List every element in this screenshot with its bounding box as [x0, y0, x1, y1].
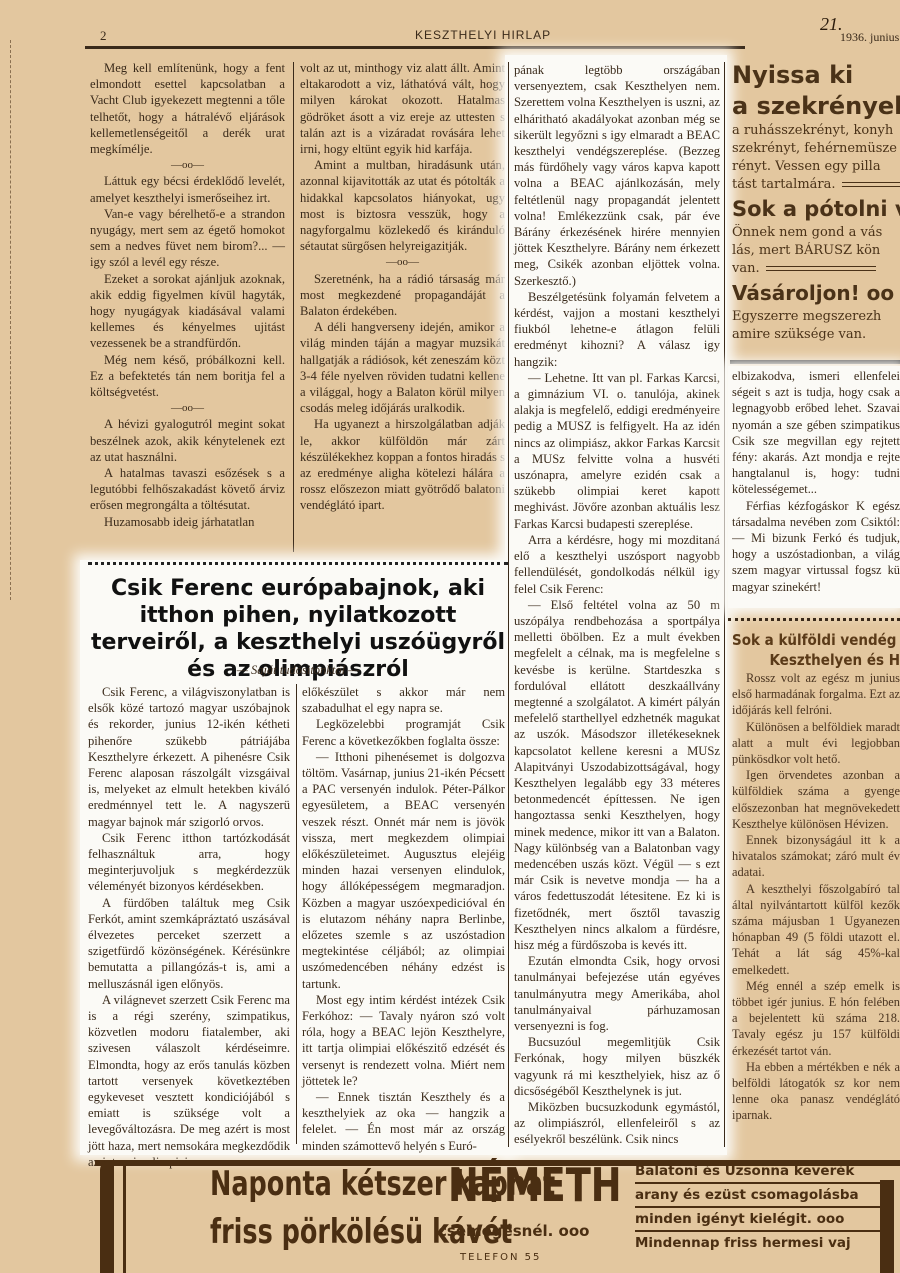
- side-article-title: Sok a külföldi vendég: [732, 630, 900, 650]
- ad-rule: [842, 182, 900, 187]
- side-article-body: Rossz volt az egész m junius első harmad…: [732, 670, 900, 1124]
- paragraph: Ha ebben a mértékben e nék a belföldi lá…: [732, 1059, 900, 1124]
- paragraph: A hévizi gyalogutról megint sokat beszél…: [90, 416, 285, 465]
- paragraph: Ha ugyanezt a hirszolgálatban adják le, …: [300, 416, 505, 513]
- ad-text-line: tást tartalmára.: [732, 177, 836, 192]
- paragraph: A világnevet szerzett Csik Ferenc ma is …: [88, 992, 290, 1170]
- ad-headline: Sok a pótolni v: [732, 194, 900, 224]
- column-rule: [724, 62, 725, 1147]
- paragraph: A fürdőben találtuk meg Csik Ferkót, ami…: [88, 895, 290, 992]
- ad-text: van.: [732, 260, 900, 278]
- paragraph: — Itthoni pihenésemet is dolgozva töltöm…: [302, 749, 505, 992]
- article-byline: — Saját tudósitónktól —: [88, 663, 508, 678]
- side-article-title: Keszthelyen és H: [732, 650, 900, 670]
- paragraph: A keszthelyi főszolgabíró tal által nyil…: [732, 881, 900, 978]
- newspaper-title: KESZTHELYI HIRLAP: [415, 28, 551, 42]
- paragraph: — Ennek tisztán Keszthely és a keszthely…: [302, 1089, 505, 1154]
- brand-name: NÉMETH: [448, 1158, 622, 1212]
- ad-text: lás, mert BÁRUSZ kön: [732, 242, 900, 260]
- paragraph: Még nem késő, próbálkozni kell. Ez a bef…: [90, 352, 285, 401]
- separator: —oo—: [90, 157, 285, 173]
- paragraph: — Lehetne. Itt van pl. Farkas Karcsi, a …: [514, 370, 720, 532]
- ad-text: tást tartalmára.: [732, 176, 900, 194]
- ad-bottom-rule: [730, 360, 900, 364]
- paragraph: Most egy intim kérdést intézek Csik Ferk…: [302, 992, 505, 1089]
- ad-headline: Nyissa ki: [732, 60, 900, 90]
- column-rule: [296, 684, 297, 1144]
- product-line: Balatoni és Uzsonna keverék: [635, 1160, 890, 1184]
- article-column-d: elbizakodva, ismeri ellenfelei ségeit s …: [732, 368, 900, 608]
- issue-date: 1936. junius: [840, 30, 899, 45]
- paragraph: Huzamosabb ideig járhatatlan: [90, 514, 285, 530]
- paragraph: Ezután elmondta Csik, hogy orvosi tanulm…: [514, 953, 720, 1034]
- paragraph: A hatalmas tavaszi esőzések s a legutóbb…: [90, 465, 285, 514]
- paragraph: volt az ut, minthogy viz alatt állt. Ami…: [300, 60, 505, 157]
- ad-text-line: van.: [732, 261, 760, 276]
- paragraph: Van-e vagy bérelhető-e a strandon nyugág…: [90, 206, 285, 271]
- ad-text: szekrényt, fehérnemüsze: [732, 140, 900, 158]
- brand-phone: TELEFON 55: [460, 1252, 541, 1263]
- product-list: Balatoni és Uzsonna keverék arany és ezü…: [635, 1160, 890, 1254]
- ad-text: amire szüksége van.: [732, 326, 900, 344]
- ad-headline: Vásároljon! oo: [732, 278, 900, 308]
- paragraph: Láttuk egy bécsi érdeklődő levelét, amel…: [90, 173, 285, 205]
- bottom-ad-left-bracket: [100, 1160, 114, 1273]
- ad-text: a ruhásszekrényt, konyh: [732, 122, 900, 140]
- page-header: 2 KESZTHELYI HIRLAP 1936. junius: [85, 28, 900, 50]
- paragraph: pának legtöbb országában versenyeztem, c…: [514, 62, 720, 289]
- separator: —oo—: [90, 400, 285, 416]
- product-line: Mindennap friss hermesi vaj: [635, 1232, 890, 1254]
- paragraph: Arra a kérdésre, hogy mi mozditaná elő a…: [514, 532, 720, 597]
- paragraph: Miközben bucsuzkodunk egymástól, az olim…: [514, 1099, 720, 1148]
- cupboard-advertisement: Nyissa ki a szekrények a ruhásszekrényt,…: [732, 60, 900, 344]
- paragraph: Meg kell említenünk, hogy a fent elmondo…: [90, 60, 285, 157]
- article-column-a: Csik Ferenc, a világviszonylatban is els…: [88, 684, 290, 1170]
- paragraph: A déli hangverseny idején, amikor a vilá…: [300, 319, 505, 416]
- paragraph: elbizakodva, ismeri ellenfelei ségeit s …: [732, 368, 900, 498]
- product-line: arany és ezüst csomagolásba: [635, 1184, 890, 1208]
- paragraph: Rossz volt az egész m junius első harmad…: [732, 670, 900, 719]
- paragraph: Különösen a belföldiek maradt alatt a mu…: [732, 719, 900, 768]
- page-number: 2: [100, 28, 107, 44]
- ad-text: Egyszerre megszerezh: [732, 308, 900, 326]
- paragraph: Ennek bizonyságául itt k a hivatalos szá…: [732, 832, 900, 881]
- paragraph: Ezeket a sorokat ajánljuk azoknak, akik …: [90, 271, 285, 352]
- column-1: Meg kell említenünk, hogy a fent elmondo…: [90, 60, 285, 530]
- paragraph: Csik Ferenc itthon tartózkodását felhasz…: [88, 830, 290, 895]
- brand-subtitle: csemegésnél. ooo: [438, 1222, 589, 1240]
- paragraph: Csik Ferenc, a világviszonylatban is els…: [88, 684, 290, 830]
- ad-headline: a szekrények: [732, 90, 900, 122]
- ad-text: rényt. Vessen egy pilla: [732, 158, 900, 176]
- margin-marks: [10, 40, 17, 600]
- ad-text: Önnek nem gond a vás: [732, 224, 900, 242]
- paragraph: Még ennél a szép emelk is többet igér ju…: [732, 978, 900, 1059]
- ad-rule: [766, 266, 876, 271]
- paragraph: Beszélgetésünk folyamán felvetem a kérdé…: [514, 289, 720, 370]
- paragraph: előkészület s akkor már nem szabadulhat …: [302, 684, 505, 716]
- paragraph: Igen örvendetes azonban a külföldiek szá…: [732, 767, 900, 832]
- column-rule: [293, 62, 294, 552]
- side-article-title-line: Keszthelyen és H: [769, 651, 900, 669]
- side-article-rule: [728, 618, 900, 629]
- column-2: volt az ut, minthogy viz alatt állt. Ami…: [300, 60, 505, 514]
- paragraph: — Első feltétel volna az 50 m uszópálya …: [514, 597, 720, 953]
- coffee-advertisement: Naponta kétszer kaphat friss pörkölésü k…: [170, 1160, 900, 1273]
- column-rule: [508, 62, 509, 1147]
- paragraph: Férfias kézfogáskor K egész társadalma n…: [732, 498, 900, 595]
- handwritten-note: 21.: [820, 14, 843, 35]
- header-rule: [85, 46, 745, 49]
- article-column-b: előkészület s akkor már nem szabadulhat …: [302, 684, 505, 1154]
- side-article: Sok a külföldi vendég Keszthelyen és H R…: [732, 630, 900, 1124]
- paragraph: Legközelebbi programját Csik Ferenc a kö…: [302, 716, 505, 748]
- product-line: minden igényt kielégit. ooo: [635, 1208, 890, 1232]
- paragraph: Amint a multban, hiradásunk után, azonna…: [300, 157, 505, 254]
- bottom-ad-left-line: [123, 1166, 126, 1273]
- article-column-c: pának legtöbb országában versenyeztem, c…: [514, 62, 720, 1148]
- paragraph: Szeretnénk, ha a rádió társaság már most…: [300, 271, 505, 320]
- separator: —oo—: [300, 254, 505, 270]
- headline-dotted-rule: [88, 562, 508, 569]
- paragraph: Bucsuzóul megemlitjük Csik Ferkónak, hog…: [514, 1034, 720, 1099]
